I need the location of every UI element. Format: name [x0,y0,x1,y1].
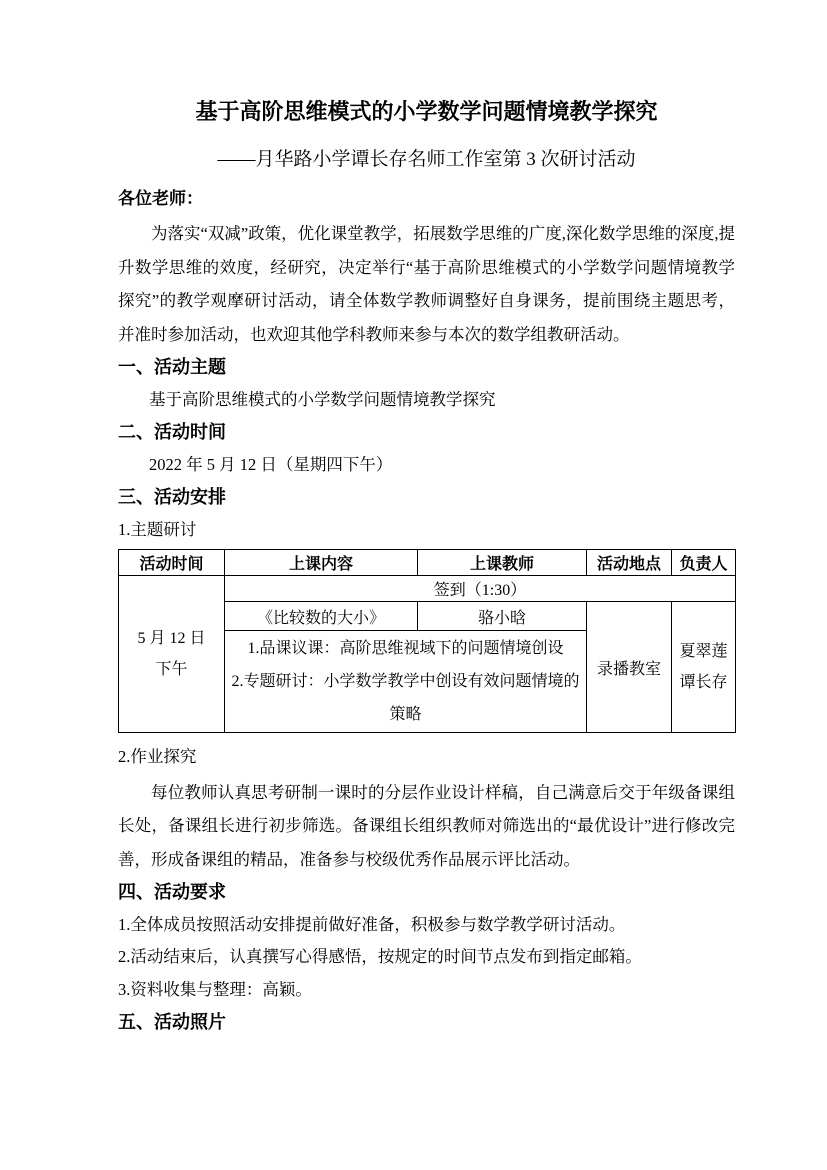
section4-item-1: 1.全体成员按照活动安排提前做好准备，积极参与数学教学研讨活动。 [118,909,735,942]
cell-teacher: 骆小晗 [418,602,587,631]
section2-body: 2022 年 5 月 12 日（星期四下午） [118,449,735,482]
salutation: 各位老师： [118,187,735,211]
agenda-item1: 1.品课议课：高阶思维视域下的问题情境创设 [228,632,583,665]
cell-agenda: 1.品课议课：高阶思维视域下的问题情境创设 2.专题研讨：小学数学教学中创设有效… [225,631,587,733]
homework-paragraph: 每位教师认真思考研制一课时的分层作业设计样稿，自己满意后交于年级备课组长处，备课… [118,776,735,877]
section3-item1-label: 1.主题研讨 [118,514,735,547]
document-page: 基于高阶思维模式的小学数学问题情境教学探究 ——月华路小学谭长存名师工作室第 3… [0,0,827,1170]
section5-heading: 五、活动照片 [118,1006,735,1039]
section3-heading: 三、活动安排 [118,481,735,514]
cell-activity-date: 5 月 12 日 下午 [119,576,225,733]
agenda-item2: 2.专题研讨：小学数学教学中创设有效问题情境的策略 [228,665,583,731]
intro-paragraph: 为落实“双减”政策，优化课堂教学，拓展数学思维的广度,深化数学思维的深度,提升数… [118,217,735,351]
document-subtitle: ——月华路小学谭长存名师工作室第 3 次研讨活动 [118,146,735,174]
header-activity-location: 活动地点 [587,550,672,576]
schedule-table: 活动时间 上课内容 上课教师 活动地点 负责人 5 月 12 日 下午 签到（1… [118,549,736,733]
section4-item-3: 3.资料收集与整理：高颖。 [118,974,735,1007]
cell-lesson-title: 《比较数的大小》 [225,602,418,631]
header-lesson-content: 上课内容 [225,550,418,576]
cell-location: 录播教室 [587,602,672,733]
header-activity-time: 活动时间 [119,550,225,576]
header-lesson-teacher: 上课教师 [418,550,587,576]
cell-sign-in: 签到（1:30） [225,576,736,602]
coordinator-line2: 谭长存 [675,667,732,698]
activity-date-line2: 下午 [122,654,221,685]
document-title: 基于高阶思维模式的小学数学问题情境教学探究 [118,97,735,127]
section3-item2-label: 2.作业探究 [118,741,735,774]
section1-body: 基于高阶思维模式的小学数学问题情境教学探究 [118,384,735,417]
section2-heading: 二、活动时间 [118,416,735,449]
cell-coordinators: 夏翠莲 谭长存 [672,602,736,733]
schedule-header-row: 活动时间 上课内容 上课教师 活动地点 负责人 [119,550,736,576]
activity-date-line1: 5 月 12 日 [122,623,221,654]
section4-item-2: 2.活动结束后，认真撰写心得感悟，按规定的时间节点发布到指定邮箱。 [118,941,735,974]
header-person-in-charge: 负责人 [672,550,736,576]
section1-heading: 一、活动主题 [118,351,735,384]
coordinator-line1: 夏翠莲 [675,636,732,667]
schedule-signin-row: 5 月 12 日 下午 签到（1:30） [119,576,736,602]
section4-heading: 四、活动要求 [118,876,735,909]
